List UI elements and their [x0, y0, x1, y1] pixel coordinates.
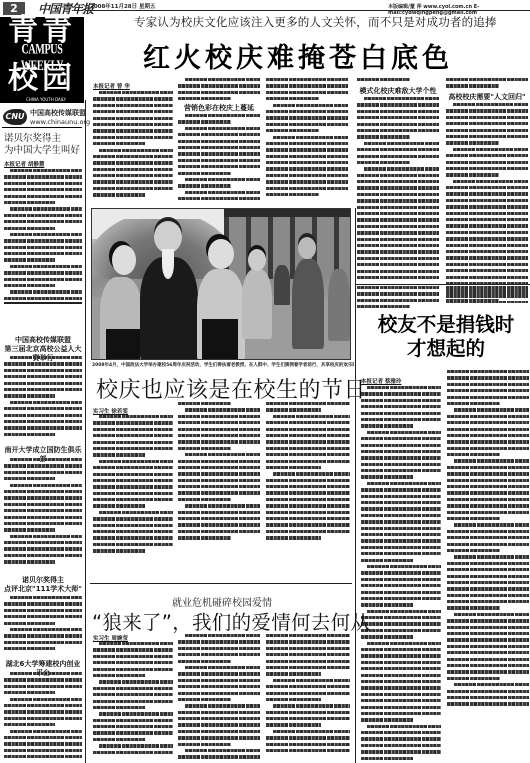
column-divider — [355, 208, 356, 763]
column-divider — [85, 100, 86, 763]
article-2-col2 — [178, 402, 260, 570]
left-section-body — [4, 356, 82, 446]
article-4-col2 — [178, 634, 260, 763]
divider — [90, 583, 352, 584]
article-4-headline: “狼来了”，我们的爱情何去何从 — [92, 607, 370, 635]
article-3-col2 — [447, 370, 529, 763]
lead-body-col4 — [357, 78, 439, 84]
lead-body-col2 — [178, 78, 260, 102]
left-article-title: 诺贝尔奖得主 为中国大学生叫好 — [4, 133, 82, 157]
sponsor-url[interactable]: www.chinaunu.org — [30, 118, 90, 126]
left-section-body — [4, 672, 82, 763]
issue-date: 2008年11月28日 星期五 — [90, 2, 156, 10]
header-rule — [86, 10, 530, 11]
article-2-byline: 实习生 徐若雯 — [93, 407, 128, 415]
lead-body-col3 — [266, 78, 348, 207]
lead-body-col2b — [178, 114, 260, 207]
section-title-bottom: 校园 — [2, 63, 82, 95]
article-3-headline: 校友不是捐钱时 才想起的 — [362, 313, 530, 361]
article-3-top-col1 — [357, 286, 439, 312]
article-2-col1 — [93, 415, 173, 570]
article-3-top-col2 — [446, 286, 528, 306]
article-4-col1 — [93, 642, 173, 763]
left-section-body — [4, 458, 82, 576]
lead-headline: 红火校庆难掩苍白底色 — [143, 36, 453, 75]
lead-subhead: 营销色彩在校庆上蔓延 — [178, 103, 260, 113]
lead-kicker: 专家认为校庆文化应该注入更多的人文关怀，而不只是对成功者的追捧 — [134, 14, 530, 30]
lead-byline: 本报记者 曾 华 — [93, 82, 130, 90]
left-section-body — [4, 596, 82, 656]
lead-body-col5b — [446, 103, 528, 303]
masthead-strip-text: CHINA YOUTH DAILY — [26, 97, 66, 102]
cnu-logo-icon: CNU — [3, 109, 27, 125]
photo-caption: 2008年4月，中国政法大学举办建校56周年庆祝活动，学生们搀扶着老教授，在人群… — [92, 362, 354, 368]
sponsor-name: 中国高校传媒联盟 — [30, 108, 86, 118]
divider — [356, 284, 530, 285]
article-2-col3 — [266, 402, 350, 570]
left-article-body — [4, 169, 82, 304]
lead-body-col1 — [93, 91, 173, 207]
article-3-byline: 本报记者 蔡雅玲 — [361, 377, 401, 385]
article-4-col3 — [266, 634, 350, 763]
article-2-headline: 校庆也应该是在校生的节日 — [96, 373, 366, 404]
article-3-col1 — [361, 386, 441, 763]
article-4-byline: 实习生 周婉莹 — [93, 634, 128, 642]
left-section-head: 诺贝尔奖得主 点评北京"111学术大师" — [4, 576, 82, 594]
left-article-byline: 本报记者 胡静慧 — [4, 160, 44, 168]
news-photo — [91, 208, 351, 360]
lead-subhead: 模式化校庆难敌大学个性 — [357, 86, 439, 96]
lead-body-col4b — [357, 97, 439, 282]
lead-body-col5 — [446, 78, 528, 90]
divider — [2, 127, 82, 128]
divider — [4, 302, 82, 304]
lead-subhead: 高校校庆需要"人文回归" — [446, 92, 528, 102]
